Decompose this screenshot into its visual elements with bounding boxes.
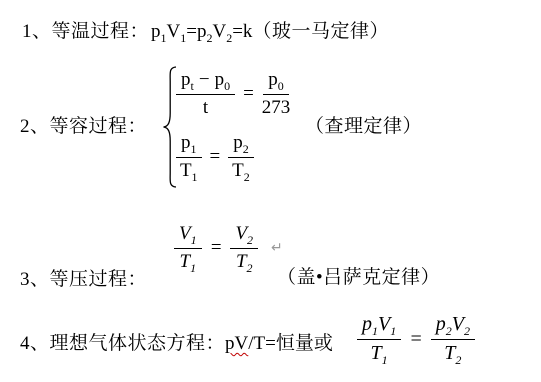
T1: T — [371, 342, 382, 364]
equals-sign: = — [409, 328, 423, 351]
p2-sub: 2 — [243, 141, 249, 155]
inline-formula-rest: /T=恒量或 — [248, 333, 333, 354]
fraction-pt-p0-over-t: pt−p0 t — [176, 69, 235, 119]
p0: p — [215, 69, 225, 90]
V2: V — [235, 223, 247, 244]
V2-sub: 2 — [247, 233, 253, 247]
item-3-title: 等压过程： — [50, 269, 148, 290]
T2: T — [232, 160, 244, 181]
V1: V — [179, 223, 191, 244]
fraction-p0-over-273: p0 273 — [262, 69, 291, 119]
numerator: V1 — [174, 223, 202, 249]
item-2-title: 等容过程： — [50, 116, 148, 137]
formula-V1: V — [167, 21, 181, 42]
fraction-p2-over-T2: p2 T2 — [228, 132, 254, 182]
T1: T — [180, 251, 191, 272]
isochoric-equations: pt−p0 t = p0 273 p1 T1 = p2 T2 — [176, 69, 290, 181]
T2: T — [444, 342, 455, 364]
charles-equation-2: p1 T1 = p2 T2 — [176, 132, 254, 182]
item-4-number: 4、 — [20, 333, 50, 354]
numerator: p2V2 — [431, 313, 475, 340]
numerator: p2 — [228, 132, 254, 158]
T1-sub: 1 — [190, 261, 196, 275]
item-4-title: 理想气体状态方程： — [50, 333, 226, 354]
V1: V — [378, 313, 390, 335]
V1-sub: 1 — [191, 233, 197, 247]
T2-sub: 2 — [455, 353, 461, 367]
p2: p — [233, 132, 243, 153]
charles-equation-1: pt−p0 t = p0 273 — [176, 69, 290, 119]
item-3-law-name: （盖•吕萨克定律） — [277, 262, 440, 289]
p1: p — [362, 313, 372, 335]
item-3-number: 3、 — [20, 269, 50, 290]
pt-sub: t — [191, 79, 194, 93]
p0: p — [268, 69, 278, 90]
item-4-label: 4、理想气体状态方程：pV/T=恒量或 — [20, 328, 333, 355]
pt: p — [181, 69, 191, 90]
fraction-V1-over-T1: V1 T1 — [174, 223, 202, 273]
item-1-number: 1、 — [22, 21, 52, 42]
T2: T — [236, 251, 247, 272]
item-2-isochoric: 2、等容过程： pt−p0 t = p0 273 — [20, 64, 480, 192]
formula-eq-p2: =p — [186, 21, 206, 42]
V2-sub: 2 — [464, 324, 470, 338]
item-4-ideal-gas: 4、理想气体状态方程：pV/T=恒量或 p1V1 T1 = p2V2 T2 — [20, 308, 541, 382]
denominator: T2 — [232, 158, 250, 182]
fraction-p1V1-over-T1: p1V1 T1 — [357, 313, 401, 365]
denominator: T1 — [371, 340, 388, 365]
item-3-isobaric: V1 T1 = V2 T2 ↵ 3、等压过程： （盖•吕萨克定律） — [20, 220, 490, 296]
gay-lussac-equation: V1 T1 = V2 T2 ↵ — [174, 223, 283, 273]
document-page: 1、等温过程：p1V1=p2V2=k（玻一马定律） 2、等容过程： pt−p0 … — [0, 0, 541, 382]
denominator: t — [203, 95, 208, 119]
fraction-V2-over-T2: V2 T2 — [230, 223, 258, 273]
equals-sign: = — [243, 83, 254, 105]
T1-sub: 1 — [382, 353, 388, 367]
ideal-gas-fraction-equation: p1V1 T1 = p2V2 T2 — [357, 313, 475, 365]
item-1-law-name: （玻一马定律） — [252, 21, 389, 42]
spellcheck-underlined-pV: pV — [225, 333, 248, 354]
equals-sign: = — [210, 146, 221, 168]
p2: p — [436, 313, 446, 335]
formula-V2: V — [212, 21, 226, 42]
numerator: p1 — [176, 132, 202, 158]
T1: T — [180, 160, 192, 181]
boyle-mariotte-formula: p1V1=p2V2=k — [151, 21, 252, 42]
numerator: p1V1 — [357, 313, 401, 340]
fraction-p2V2-over-T2: p2V2 T2 — [431, 313, 475, 365]
numerator: V2 — [230, 223, 258, 249]
p0-sub: 0 — [224, 79, 230, 93]
fraction-p1-over-T1: p1 T1 — [176, 132, 202, 182]
equals-sign: = — [210, 237, 223, 259]
item-2-number: 2、 — [20, 116, 50, 137]
denominator: T2 — [444, 340, 461, 365]
p1: p — [181, 132, 191, 153]
T2-sub: 2 — [247, 261, 253, 275]
T2-sub: 2 — [244, 169, 250, 183]
numerator: pt−p0 — [176, 69, 235, 95]
item-3-label: 3、等压过程： — [20, 264, 147, 291]
denominator: 273 — [262, 95, 291, 119]
T1-sub: 1 — [192, 169, 198, 183]
p1-sub: 1 — [191, 141, 197, 155]
minus-sign: − — [199, 69, 210, 90]
ideal-gas-inline-formula: pV/T=恒量或 — [225, 333, 333, 354]
paragraph-return-icon: ↵ — [271, 240, 283, 256]
denominator: T1 — [180, 158, 198, 182]
denominator: T1 — [180, 249, 197, 273]
item-2-law-name: （查理定律） — [305, 111, 422, 138]
V2: V — [452, 313, 464, 335]
formula-eq-k: =k — [232, 21, 252, 42]
formula-p1: p — [151, 21, 161, 42]
p0-sub: 0 — [278, 79, 284, 93]
numerator: p0 — [263, 69, 289, 95]
item-1-isothermal: 1、等温过程：p1V1=p2V2=k（玻一马定律） — [22, 16, 389, 43]
item-2-label: 2、等容过程： — [20, 111, 147, 138]
denominator: T2 — [236, 249, 253, 273]
item-1-title: 等温过程： — [52, 21, 150, 42]
V1-sub: 1 — [390, 324, 396, 338]
